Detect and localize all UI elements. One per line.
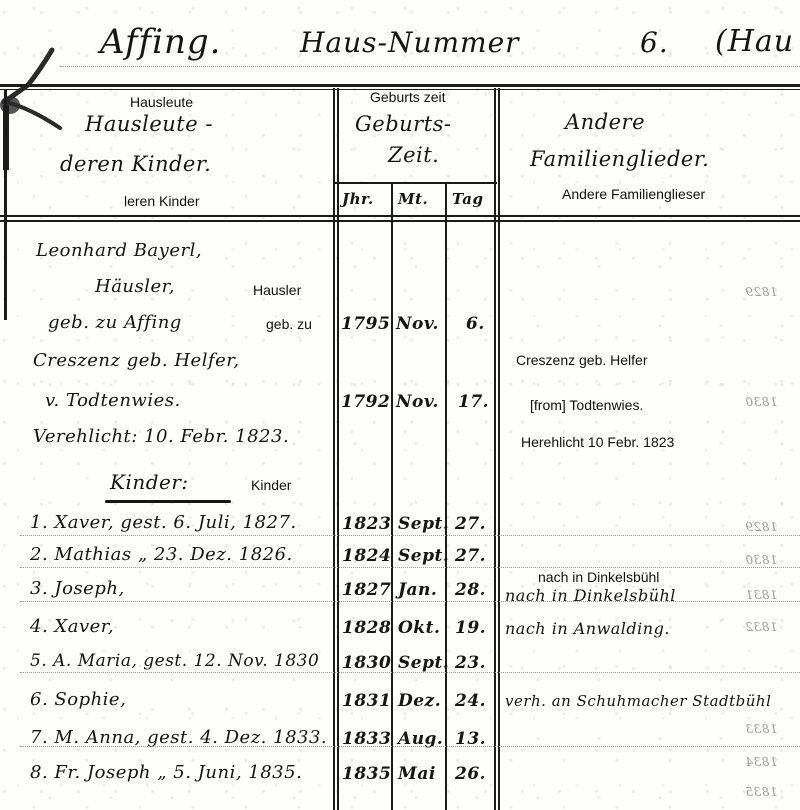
annotation-dinkelsbuehl: nach in Dinkelsbühl — [538, 569, 659, 585]
father-birth-year: 1795 — [341, 314, 390, 334]
child-entry: 4. Xaver, — [30, 616, 114, 637]
header-birth-line2: Zeit. — [388, 143, 439, 167]
child-birth-year: 1824 — [342, 546, 391, 566]
child-birth-year: 1831 — [342, 691, 391, 711]
bleed-through: 1829 — [745, 520, 778, 534]
header-bottom-rule-2 — [0, 220, 800, 222]
child-birth-month: Sept. — [398, 653, 449, 673]
child-birth-month: Sept. — [398, 514, 449, 534]
children-heading-underline — [105, 500, 231, 503]
annotation-hausler: Hausler — [253, 282, 301, 298]
header-other-line1: Andere — [565, 110, 645, 134]
guide-line — [20, 601, 800, 602]
annotation-origin: [from] Todtenwies. — [530, 397, 643, 413]
child-birth-year: 1827 — [342, 580, 391, 600]
child-birth-day: 28. — [455, 580, 486, 600]
father-birth-month: Nov. — [396, 314, 439, 334]
mother-birth-day: 17. — [458, 392, 489, 412]
bleed-through: 1833 — [745, 722, 778, 736]
guide-line — [20, 567, 800, 568]
annotation-kinder: Kinder — [251, 477, 291, 493]
father-occupation: Häusler, — [95, 276, 175, 297]
header-month: Mt. — [398, 190, 428, 208]
marriage-date: Verehlicht: 10. Febr. 1823. — [33, 426, 289, 447]
mother-name: Creszenz geb. Helfer, — [33, 350, 240, 371]
birth-subheader-rule — [335, 182, 497, 184]
header-top-rule — [0, 84, 800, 87]
corner-ornament-icon — [0, 40, 70, 170]
child-note: nach in Dinkelsbühl — [505, 586, 676, 605]
month-day-divider — [445, 183, 447, 810]
child-birth-day: 23. — [455, 653, 486, 673]
header-household-line2: deren Kinder. — [60, 152, 211, 176]
mother-origin: v. Todtenwies. — [45, 390, 181, 411]
bleed-through: 1831 — [745, 588, 778, 602]
bleed-through: 1830 — [745, 395, 778, 409]
child-entry: 5. A. Maria, gest. 12. Nov. 1830 — [30, 651, 319, 671]
birth-col-right-line — [494, 88, 496, 810]
title-house-number: 6. — [640, 26, 669, 59]
year-month-divider — [391, 183, 393, 810]
birth-col-right-line-2 — [498, 88, 500, 810]
child-birth-day: 24. — [455, 691, 486, 711]
child-birth-day: 27. — [455, 546, 486, 566]
guide-line — [20, 672, 800, 673]
child-birth-year: 1828 — [342, 618, 391, 638]
bleed-through: 1830 — [745, 553, 778, 567]
child-note: verh. an Schuhmacher Stadtbühl — [505, 692, 771, 710]
bleed-through: 1832 — [745, 620, 778, 634]
child-note: nach in Anwalding. — [505, 619, 670, 638]
annotation-andere-familienglieser: Andere Familienglieser — [562, 186, 705, 202]
child-birth-year: 1830 — [342, 653, 391, 673]
header-bottom-rule — [0, 215, 800, 217]
annotation-mother: Creszenz geb. Helfer — [516, 352, 648, 368]
title-baseline — [60, 66, 800, 67]
child-birth-year: 1823 — [342, 514, 391, 534]
header-other-line2: Familienglieder. — [530, 147, 709, 171]
child-entry: 7. M. Anna, gest. 4. Dez. 1833. — [30, 727, 327, 748]
birth-col-left-line — [333, 88, 335, 810]
children-heading: Kinder: — [110, 470, 189, 494]
child-birth-month: Sept. — [398, 546, 449, 566]
mother-birth-month: Nov. — [396, 392, 439, 412]
child-entry: 6. Sophie, — [30, 689, 126, 710]
guide-line — [20, 746, 800, 747]
child-birth-day: 19. — [455, 618, 486, 638]
header-year: Jhr. — [342, 190, 374, 208]
annotation-geb-zu: geb. zu — [266, 316, 312, 332]
header-household-line1: Hausleute - — [85, 112, 213, 136]
guide-line — [20, 535, 800, 536]
father-name: Leonhard Bayerl, — [36, 240, 202, 261]
father-birthplace: geb. zu Affing — [48, 312, 182, 333]
father-birth-day: 6. — [466, 314, 485, 334]
title-house-label: Haus-Nummer — [300, 26, 520, 59]
title-place: Affing. — [100, 22, 221, 62]
child-entry: 1. Xaver, gest. 6. Juli, 1827. — [30, 512, 297, 533]
annotation-leren-kinder: leren Kinder — [124, 193, 200, 209]
child-birth-month: Dez. — [398, 691, 441, 711]
child-birth-month: Jan. — [398, 580, 437, 600]
header-birth-line1: Geburts- — [355, 112, 452, 136]
annotation-married: Herehlicht 10 Febr. 1823 — [521, 434, 674, 450]
bleed-through: 1835 — [745, 785, 778, 799]
annotation-geburts-zeit: Geburts zeit — [370, 89, 445, 105]
child-birth-month: Okt. — [398, 618, 440, 638]
child-entry: 3. Joseph, — [30, 578, 125, 599]
child-entry: 8. Fr. Joseph „ 5. Juni, 1835. — [30, 762, 302, 783]
title-continuation: (Hau — [715, 24, 794, 59]
bleed-through: 1829 — [745, 285, 778, 299]
register-page: Affing. Haus-Nummer 6. (Hau Hausleute Ha… — [0, 0, 800, 810]
mother-birth-year: 1792 — [341, 392, 390, 412]
child-birth-day: 26. — [455, 764, 486, 784]
left-border — [4, 90, 7, 320]
child-birth-month: Mai — [398, 764, 436, 784]
birth-col-left-line-2 — [337, 88, 339, 810]
annotation-hausleute: Hausleute — [130, 94, 193, 110]
child-birth-year: 1835 — [342, 764, 391, 784]
child-birth-day: 27. — [455, 514, 486, 534]
header-day: Tag — [452, 190, 483, 208]
bleed-through: 1834 — [745, 755, 778, 769]
child-entry: 2. Mathias „ 23. Dez. 1826. — [30, 544, 293, 565]
